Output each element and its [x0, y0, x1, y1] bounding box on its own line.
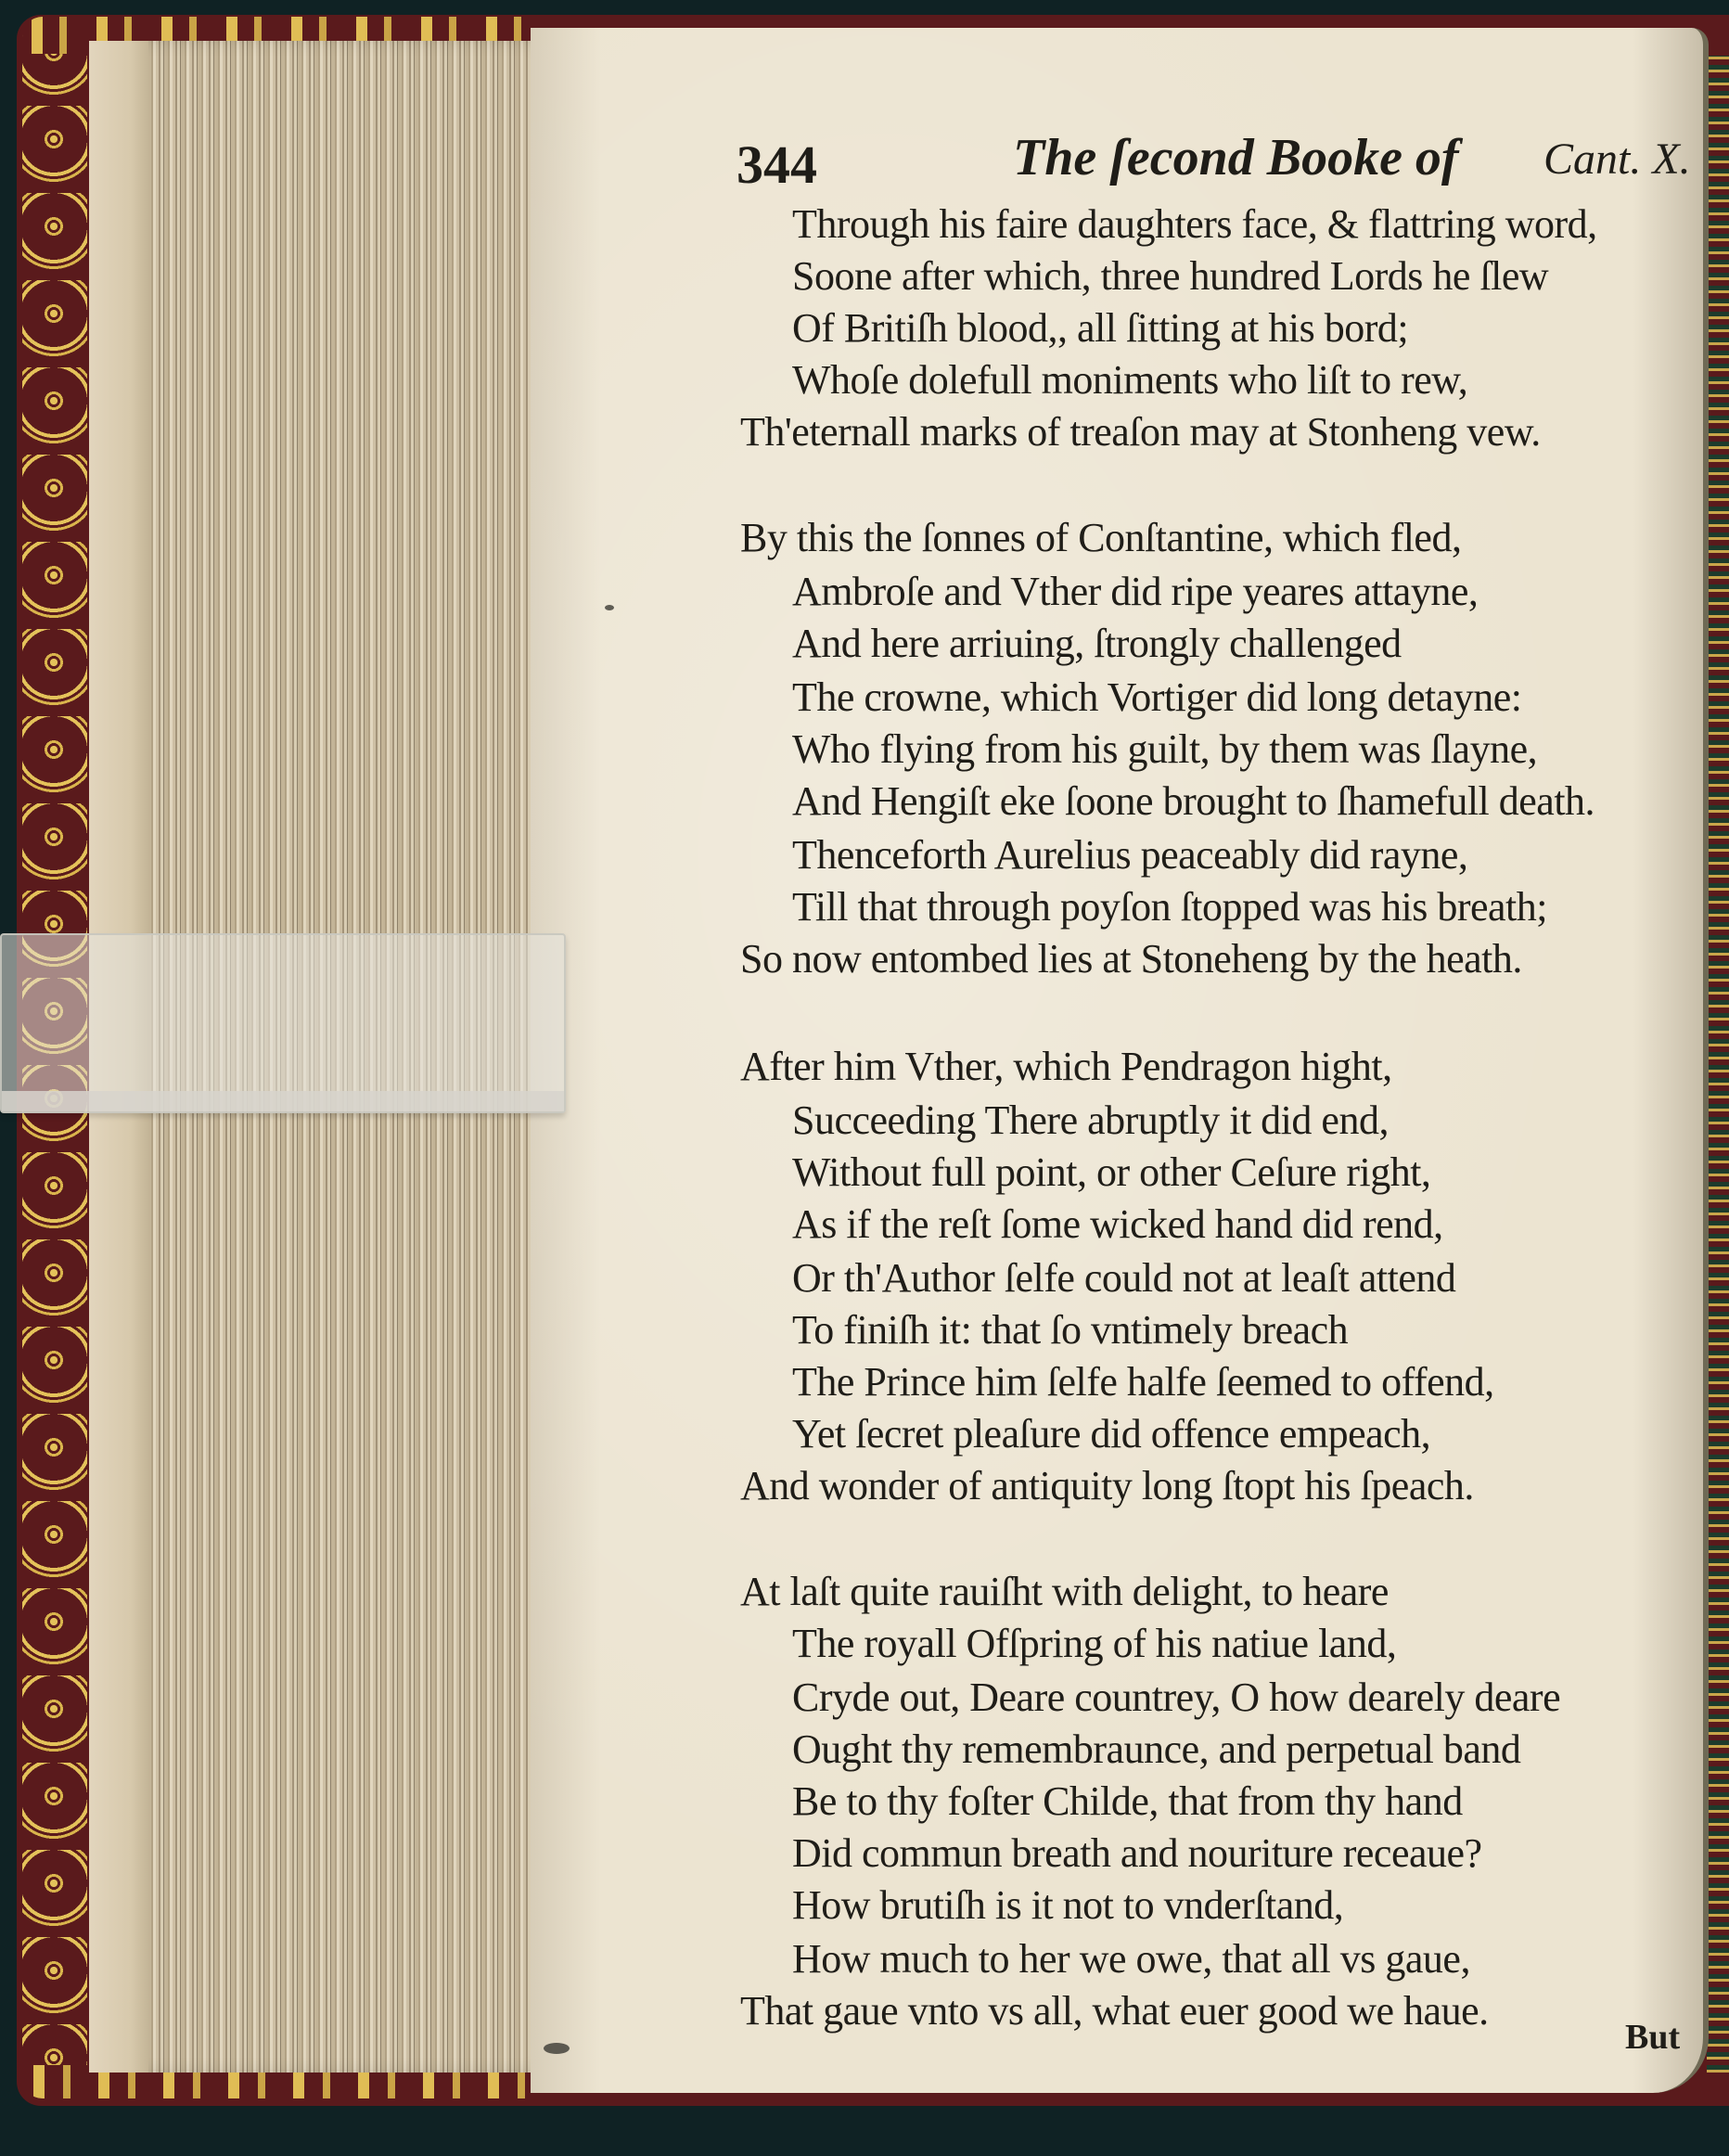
verse-line: Did commun breath and nouriture receaue? [792, 1828, 1482, 1880]
book-page: 344 The ſecond Booke of Cant. X. Through… [531, 28, 1709, 2093]
verse-line: How much to her we owe, that all vs gaue… [792, 1933, 1470, 1985]
verse-line: Without full point, or other Ceſure righ… [792, 1147, 1430, 1199]
verse-line: Of Britiſh blood,, all ſitting at his bo… [792, 302, 1408, 354]
acrylic-page-clip [0, 933, 566, 1113]
verse-line: As if the reſt ſome wicked hand did rend… [792, 1199, 1443, 1251]
verse-line: Thenceforth Aurelius peaceably did rayne… [792, 829, 1467, 881]
verse-line: By this the ſonnes of Conſtantine, which… [740, 512, 1461, 564]
verse-line: Or th'Author ſelfe could not at leaſt at… [792, 1252, 1455, 1304]
page-number: 344 [736, 134, 817, 196]
verse-line: The royall Ofſpring of his natiue land, [792, 1618, 1396, 1670]
verse-line: Succeeding There abruptly it did end, [792, 1095, 1389, 1147]
canto-label: Cant. X. [1543, 134, 1691, 185]
catchword: But [1625, 2017, 1680, 2058]
verse-line: Ought thy remembraunce, and perpetual ba… [792, 1724, 1520, 1776]
verse-line: So now entombed lies at Stoneheng by the… [740, 933, 1522, 985]
verse-line: Ambroſe and Vther did ripe yeares attayn… [792, 566, 1478, 618]
verse-line: Whoſe dolefull moniments who liſt to rew… [792, 354, 1467, 406]
verse-line: Who flying from his guilt, by them was ſ… [792, 724, 1537, 776]
verse-line: The Prince him ſelfe halfe ſeemed to off… [792, 1356, 1494, 1408]
cover-edge-right [1707, 56, 1729, 2078]
verse-line: How brutiſh is it not to vnderſtand, [792, 1880, 1343, 1931]
ink-smudge [544, 2043, 570, 2054]
verse-line: Be to thy foſter Childe, that from thy h… [792, 1776, 1463, 1828]
verse-line: And here arriuing, ſtrongly challenged [792, 618, 1402, 670]
verse-line: The crowne, which Vortiger did long deta… [792, 672, 1522, 724]
verse-line: To finiſh it: that ſo vntimely breach [792, 1304, 1348, 1356]
running-title: The ſecond Booke of [1013, 128, 1459, 187]
verse-line: Cryde out, Deare countrey, O how dearely… [792, 1672, 1560, 1724]
verse-line: Through his faire daughters face, & flat… [792, 199, 1597, 250]
page-text-block: 344 The ſecond Booke of Cant. X. Through… [531, 28, 1703, 2093]
verse-line: And wonder of antiquity long ſtopt his ſ… [740, 1460, 1474, 1512]
verse-line: And Hengiſt eke ſoone brought to ſhamefu… [792, 776, 1595, 828]
verse-line: Yet ſecret pleaſure did offence empeach, [792, 1408, 1430, 1460]
verse-line: That gaue vnto vs all, what euer good we… [740, 1985, 1489, 2037]
verse-line: Th'eternall marks of treaſon may at Ston… [740, 406, 1541, 458]
verse-line: After him Vther, which Pendragon hight, [740, 1041, 1392, 1093]
verse-line: Till that through poyſon ſtopped was his… [792, 881, 1547, 933]
verse-line: Soone after which, three hundred Lords h… [792, 250, 1548, 302]
verse-line: At laſt quite rauiſht with delight, to h… [740, 1566, 1389, 1618]
ink-speck [605, 605, 614, 610]
running-head: 344 The ſecond Booke of Cant. X. [531, 128, 1703, 193]
